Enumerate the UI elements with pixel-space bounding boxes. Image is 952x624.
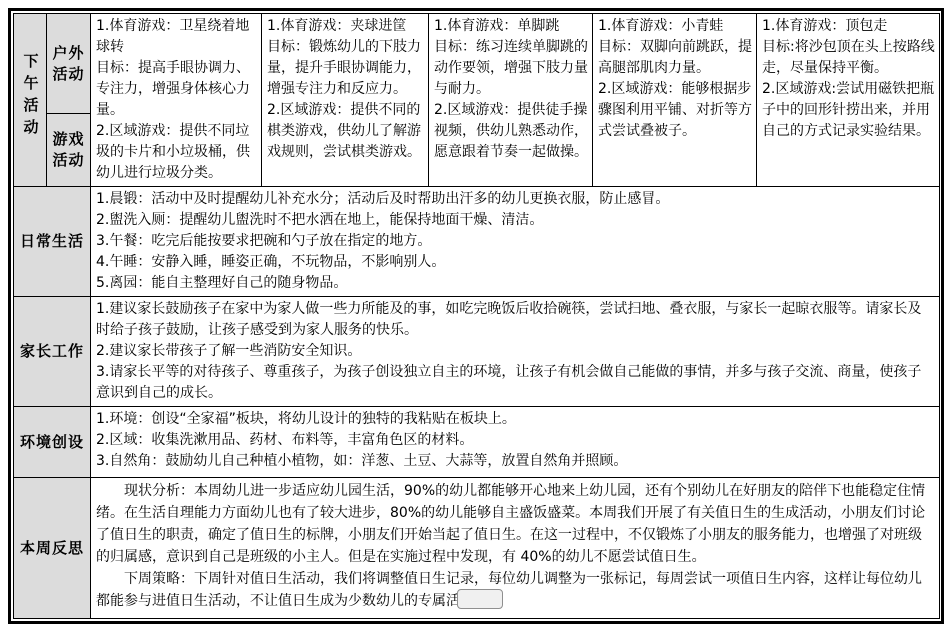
plan-table: 下午活动 户外活动 1.体育游戏：卫星绕着地球转 目标：提高手眼协调力、专注力，… (13, 13, 940, 599)
row-label-daily-life: 日常生活 (14, 187, 91, 297)
afternoon-cell-day2: 1.体育游戏：夹球进筐 目标：锻炼幼儿的下肢力量，提升手眼协调能力，增强专注力和… (262, 14, 429, 187)
afternoon-cell-day3: 1.体育游戏：单脚跳 目标：练习连续单脚跳的动作要领，增强下肢力量与耐力。 2.… (429, 14, 593, 187)
reflection-status-analysis: 现状分析：本周幼儿进一步适应幼儿园生活，90%的幼儿都能够开心地来上幼儿园，还有… (96, 480, 933, 568)
row-label-afternoon-activities: 下午活动 (14, 14, 47, 187)
sub-label-outdoor-activities: 户外活动 (47, 14, 91, 114)
partial-bottom-button[interactable] (457, 589, 503, 599)
parent-work-cell: 1.建议家长鼓励孩子在家中为家人做一些力所能及的事，如吃完晚饭后收拾碗筷，尝试扫… (91, 297, 940, 407)
afternoon-activities-vertical-label: 下午活动 (20, 53, 41, 141)
afternoon-cell-day4: 1.体育游戏：小青蛙 目标：双脚向前跳跃，提高腿部肌肉力量。 2.区域游戏：能够… (593, 14, 757, 187)
reflection-next-week-strategy: 下周策略：下周针对值日生活动，我们将调整值日生记录，每位幼儿调整为一张标记，每周… (96, 568, 933, 599)
row-label-weekly-reflection: 本周反思 (14, 478, 91, 600)
row-label-environment-setup: 环境创设 (14, 407, 91, 478)
row-label-parent-work: 家长工作 (14, 297, 91, 407)
environment-setup-cell: 1.环境：创设“全家福”板块，将幼儿设计的独特的我粘贴在板块上。 2.区域：收集… (91, 407, 940, 478)
daily-life-cell: 1.晨锻：活动中及时提醒幼儿补充水分；活动后及时帮助出汗多的幼儿更换衣服，防止感… (91, 187, 940, 297)
afternoon-cell-day5: 1.体育游戏：顶包走 目标:将沙包顶在头上按路线走，尽量保持平衡。 2.区域游戏… (757, 14, 940, 187)
sub-label-game-activities: 游戏活动 (47, 114, 91, 187)
table-border: 下午活动 户外活动 1.体育游戏：卫星绕着地球转 目标：提高手眼协调力、专注力，… (8, 8, 944, 599)
weekly-plan-table: 下午活动 户外活动 1.体育游戏：卫星绕着地球转 目标：提高手眼协调力、专注力，… (8, 8, 944, 599)
afternoon-cell-day1: 1.体育游戏：卫星绕着地球转 目标：提高手眼协调力、专注力，增强身体核心力量。 … (91, 14, 262, 187)
weekly-reflection-cell: 现状分析：本周幼儿进一步适应幼儿园生活，90%的幼儿都能够开心地来上幼儿园，还有… (91, 478, 940, 600)
